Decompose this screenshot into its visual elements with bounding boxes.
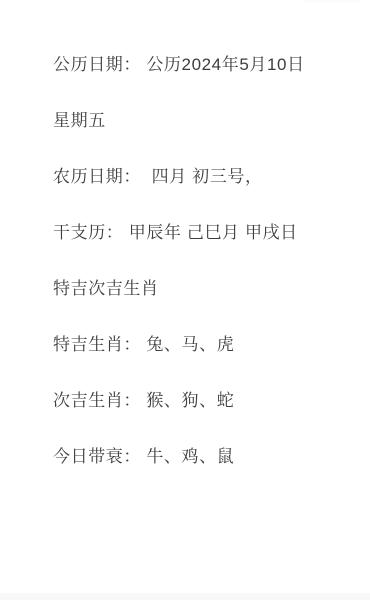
almanac-page: 公历日期： 公历2024年5月10日 星期五 农历日期： 四月 初三号， 干支历… xyxy=(0,0,370,600)
bottom-edge-strip xyxy=(0,593,370,600)
ganzhi-calendar-line: 干支历： 甲辰年 己巳月 甲戌日 xyxy=(53,224,370,242)
unlucky-today-line: 今日带衰： 牛、鸡、鼠 xyxy=(53,448,370,466)
weekday-line: 星期五 xyxy=(53,112,370,130)
almanac-text-block: 公历日期： 公历2024年5月10日 星期五 农历日期： 四月 初三号， 干支历… xyxy=(53,0,370,466)
second-lucky-zodiac-line: 次吉生肖： 猴、狗、蛇 xyxy=(53,392,370,410)
solar-date-line: 公历日期： 公历2024年5月10日 xyxy=(53,56,370,74)
lunar-date-line: 农历日期： 四月 初三号， xyxy=(53,168,370,186)
most-lucky-zodiac-line: 特吉生肖： 兔、马、虎 xyxy=(53,336,370,354)
lucky-section-heading: 特吉次吉生肖 xyxy=(53,280,370,298)
